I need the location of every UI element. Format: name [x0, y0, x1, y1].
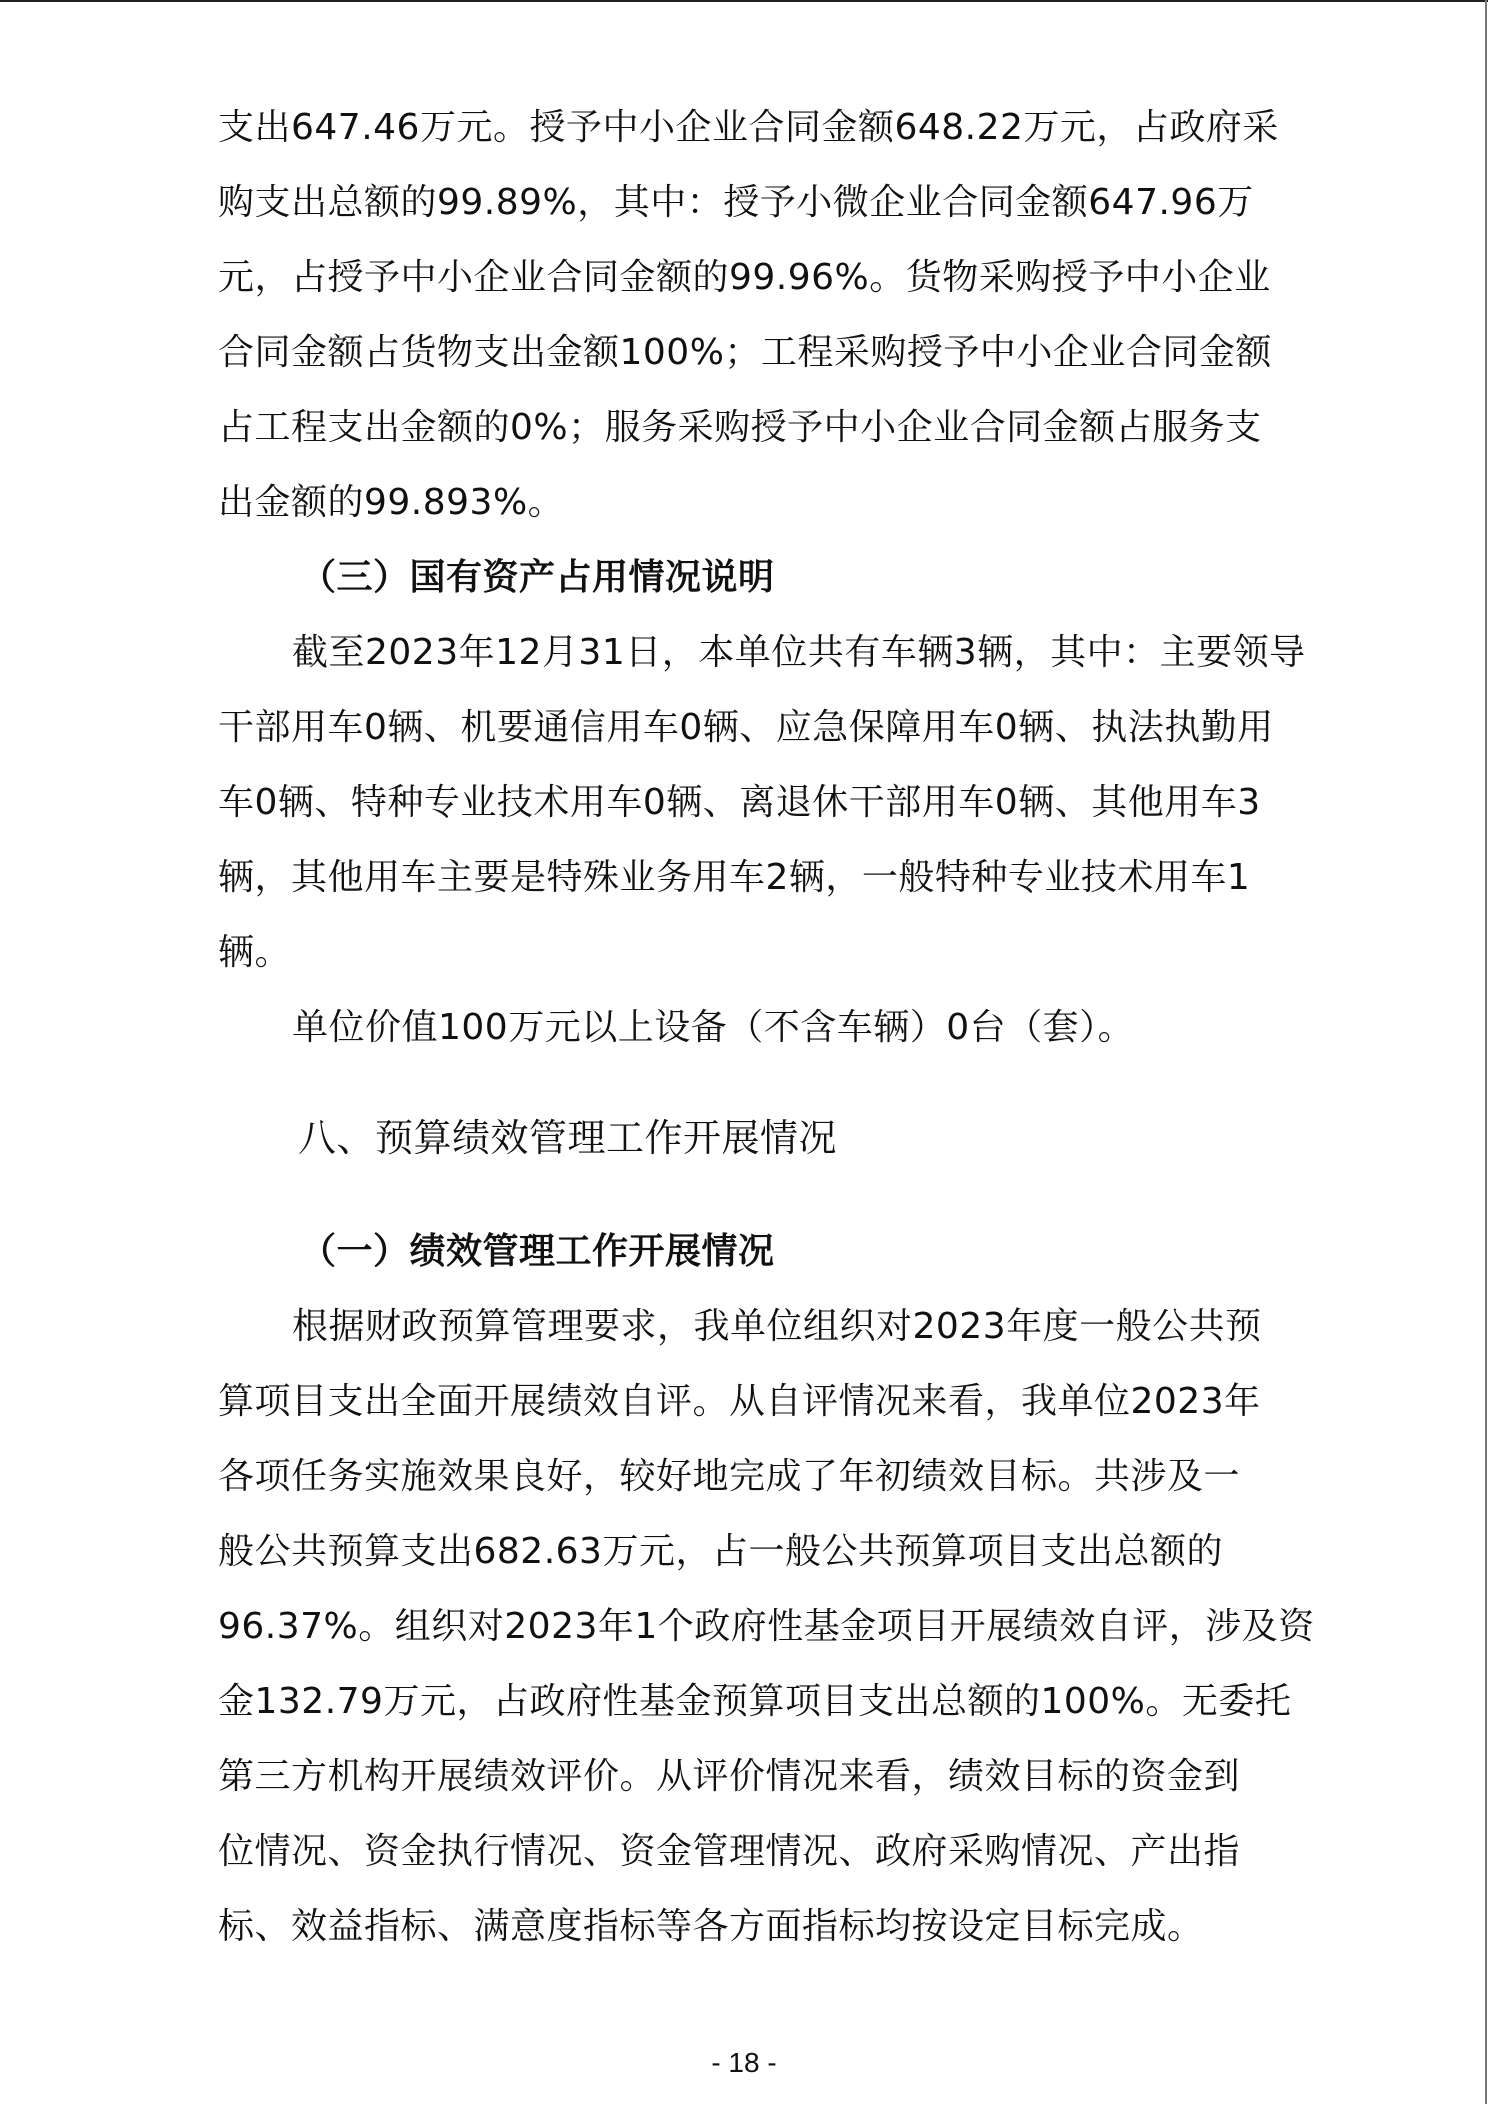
- paragraph-line: 金132.79万元，占政府性基金预算项目支出总额的100%。无委托: [218, 1678, 1288, 1726]
- paragraph-line: 各项任务实施效果良好，较好地完成了年初绩效目标。共涉及一: [218, 1453, 1288, 1501]
- paragraph-line: 出金额的99.893%。: [218, 479, 1288, 527]
- paragraph-line: 标、效益指标、满意度指标等各方面指标均按设定目标完成。: [218, 1903, 1288, 1951]
- paragraph-line: 第三方机构开展绩效评价。从评价情况来看，绩效目标的资金到: [218, 1753, 1288, 1801]
- paragraph-line: 辆。: [218, 929, 1288, 977]
- page-number: - 18 -: [0, 2046, 1488, 2080]
- paragraph-line: 位情况、资金执行情况、资金管理情况、政府采购情况、产出指: [218, 1828, 1288, 1876]
- paragraph-line: 般公共预算支出682.63万元，占一般公共预算项目支出总额的: [218, 1528, 1288, 1576]
- paragraph-line: 辆，其他用车主要是特殊业务用车2辆，一般特种专业技术用车1: [218, 854, 1288, 902]
- paragraph-line: 购支出总额的99.89%，其中：授予小微企业合同金额647.96万: [218, 179, 1288, 227]
- paragraph-line: 合同金额占货物支出金额100%；工程采购授予中小企业合同金额: [218, 329, 1288, 377]
- page-right-border: [1485, 0, 1487, 2104]
- paragraph-line: 元，占授予中小企业合同金额的99.96%。货物采购授予中小企业: [218, 254, 1288, 302]
- paragraph-line: 96.37%。组织对2023年1个政府性基金项目开展绩效自评，涉及资: [218, 1603, 1288, 1651]
- paragraph-equipment: 单位价值100万元以上设备（不含车辆）0台（套）。: [292, 1004, 1362, 1052]
- paragraph-line: 干部用车0辆、机要通信用车0辆、应急保障用车0辆、执法执勤用: [218, 704, 1288, 752]
- paragraph-line: 算项目支出全面开展绩效自评。从自评情况来看，我单位2023年: [218, 1378, 1288, 1426]
- paragraph-line: 占工程支出金额的0%；服务采购授予中小企业合同金额占服务支: [218, 404, 1288, 452]
- subsection-heading-performance: （一）绩效管理工作开展情况: [300, 1228, 1370, 1276]
- page-top-border: [0, 0, 1488, 2]
- paragraph-line: 根据财政预算管理要求，我单位组织对2023年度一般公共预: [292, 1303, 1362, 1351]
- section-title: 八、预算绩效管理工作开展情况: [298, 1114, 1368, 1162]
- paragraph-line: 支出647.46万元。授予中小企业合同金额648.22万元，占政府采: [218, 104, 1288, 152]
- paragraph-line: 车0辆、特种专业技术用车0辆、离退休干部用车0辆、其他用车3: [218, 779, 1288, 827]
- paragraph-line: 截至2023年12月31日，本单位共有车辆3辆，其中：主要领导: [292, 629, 1362, 677]
- subsection-heading-assets: （三）国有资产占用情况说明: [300, 554, 1370, 602]
